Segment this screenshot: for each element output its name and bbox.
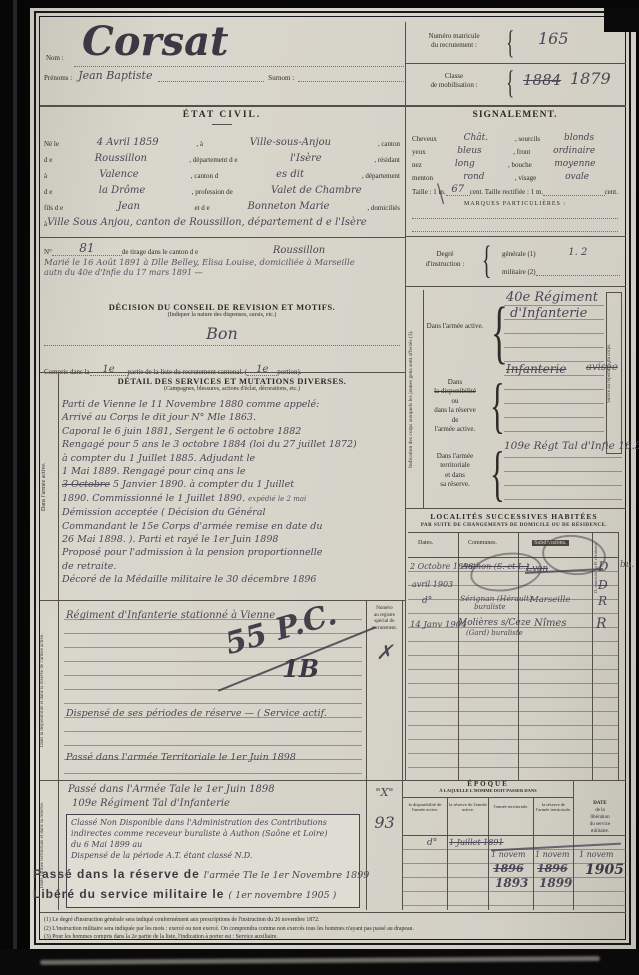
liste-partie: 1e [90,364,128,376]
epoque-v4-mid: 1 novem [535,850,569,859]
service-line: de retraite. [62,560,402,573]
instruction-section: Degré d'instruction : { générale (1) 1. … [412,242,622,284]
prenoms-ruled-line [158,78,264,82]
services-top-rule [40,372,405,373]
active-regiment-line2: d'Infanterie [510,306,587,321]
book-spine-shadow [13,0,17,975]
epoque-col1-head: la disponibilité de l'armée active. [404,802,446,812]
liberation-stamp-hand: ( 1er novembre 1905 ) [228,890,336,901]
bottom-narrow-col-left [366,780,367,910]
marriage-note-2: autn du 40e d'Infie du 17 mars 1891 — [44,268,400,277]
reserve-passage-line: Passé dans l'armée Territoriale le 1er J… [66,752,296,763]
eyes-value: bleus [426,146,514,156]
compris-line: Compris dans la 1e partie de la liste du… [44,362,400,376]
epoque-v1: d° [427,838,437,848]
etat-civil-line-2: d e Roussillon , département d e l'Isère… [44,148,400,164]
chin-value: rond [433,172,515,182]
epoque-col2-head: la réserve de l'armée active. [449,802,487,812]
military-register-sheet: Nom : Corsat Prénoms : Jean Baptiste Sur… [0,0,639,975]
localite-commune-4b: (Gard) buraliste [466,629,523,637]
epoque-v3-old: 1896 [493,862,524,875]
localite-commune-3b: buraliste [474,603,506,611]
localite-subdivision-3: Marseille [530,595,570,605]
localite-dr-4: R [596,616,607,632]
reserve-side-label: Dans la disponibilité et dans la réserve… [40,600,58,780]
annotation-box: Classé Non Disponible dans l'Administrat… [66,814,360,908]
corps-side-strip: Indication des corps auxquels les jeunes… [408,290,422,508]
service-line: à compter du 1 Juillet 1885. Adjudant le [62,452,402,465]
classe-brace: { [506,67,514,100]
height-rectified-blank [543,192,604,196]
birth-canton: Roussillon [52,153,189,164]
reserve-stamp-line: Passé dans la réserve de l'armée Tle le … [33,865,363,883]
struck-date: 3 Octobre [62,479,110,490]
marks-label: MARQUES PARTICULIÈRES : [412,201,618,207]
disponibilite-box: Dans la disponibilité ou dans la réserve… [426,376,604,442]
matricule-block: Numéro matricule du recrutement : { 165 [408,26,626,62]
bottom-narrow-col: "X" 93 [368,786,401,906]
mouth-value: moyenne [532,159,618,169]
localites-col-dates: Dates. [418,540,433,546]
disponibilite-value: Infanterie [506,362,566,376]
repertoire-strip: Suivre au répertoire du corps. [606,292,622,454]
disponibilite-brace: { [490,375,505,437]
father-name: Jean [63,201,194,212]
surnom-label: Surnom : [268,74,294,82]
decision-blank-line [44,345,400,346]
territoriale-brace: { [490,443,505,505]
service-line: Arrivé au Corps le dit jour N° Mle 1863. [62,411,402,424]
active-regiment-line1: 40e Régiment [506,290,598,305]
registre-x-mark: ✗ [368,640,401,664]
services-side-label: Dans l'armée active. [40,373,58,600]
etat-civil-section: ÉTAT CIVIL. Né le 4 Avril 1859 , à Ville… [44,110,400,228]
matricule-brace: { [506,27,514,60]
localite-dr-2: D [598,578,608,592]
marks-blank-2 [412,231,618,232]
services-section: DÉTAIL DES SERVICES ET MUTATIONS DIVERSE… [62,376,402,587]
footnotes-top-rule [40,912,626,913]
prenoms-label: Prénoms : [44,74,72,82]
service-line: Caporal le 6 juin 1881, Sergent le 6 oct… [62,425,402,438]
margin-93: 93 [368,813,401,832]
territoriale-value: 109e Régt Tal d'Infie 16.50 [504,440,639,452]
surname-handwritten: Corsat [82,18,229,65]
repertoire-label: Suivre au répertoire du corps. [607,293,621,453]
liberation-stamp-line: Libéré du service militaire le ( 1er nov… [33,885,363,903]
title-underline [212,124,232,125]
localite-date-3: d° [422,596,432,606]
epoque-v4-old: 1896 [537,862,568,875]
signalement-section: SIGNALEMENT. Cheveux Chât. , sourcils bl… [412,110,618,232]
footnote-1: (1) Le degré d'instruction générale sera… [44,916,624,925]
sig-line-4: menton rond , visage ovale [412,169,618,182]
decision-section: DÉCISION DU CONSEIL DE REVISION ET MOTIF… [44,302,400,376]
territorial-line-1: Passé dans l'Armée Tale le 1er Juin 1898 [68,784,275,795]
face-value: ovale [536,172,618,182]
localites-rows-area: 2 Octobre 1898 Authon (S.-et-L.) Lyon D … [408,558,618,780]
birth-place: Ville-sous-Anjou [203,137,378,148]
reserve-regiment-line: Régiment d'Infanterie stationné à Vienne [66,610,275,621]
epoque-col3-head: l'armée territoriale. [490,804,532,809]
tirage-line: N° 81 de tirage dans le canton d e Rouss… [44,242,400,256]
localites-header-rule [408,532,618,533]
localites-section: LOCALITÉS SUCCESSIVES HABITÉES PAR SUITE… [408,512,620,528]
sig-line-1: Cheveux Chât. , sourcils blonds [412,130,618,143]
eyebrows-value: blonds [540,133,618,143]
service-line: 1 Mai 1889. Rengagé pour cinq ans le [62,465,402,478]
service-line: Rengagé pour 5 ans le 3 octobre 1884 (lo… [62,438,402,451]
epoque-values-area: d° 1 Juillet 1891 1 novem 1896 1893 1 no… [403,836,626,910]
decision-title: DÉCISION DU CONSEIL DE REVISION ET MOTIF… [44,302,400,312]
nose-value: long [422,159,508,169]
header-bottom-rule [40,105,626,107]
instruction-generale-value: 1. 2 [536,247,620,258]
registre-col-line-right [402,600,403,780]
registre-special-label: Numéro au registre spécial du recrutemen… [368,606,401,632]
service-line: Parti de Vienne le 11 Novembre 1880 comm… [62,398,402,411]
corps-side-label: Indication des corps auxquels les jeunes… [408,290,422,508]
firstname-row: Prénoms : Jean Baptiste Surnom : [44,60,404,82]
paper-sheet: Nom : Corsat Prénoms : Jean Baptiste Sur… [30,8,636,949]
box-line-3: du 6 Mai 1899 au [71,840,355,849]
residence-town: Valence [47,169,191,180]
liberation-date-head: DATE de la libération du service militai… [575,800,625,835]
signalement-title: SIGNALEMENT. [412,110,618,120]
services-entries: Parti de Vienne le 11 Novembre 1880 comm… [62,398,402,587]
tirage-canton: Roussillon [198,245,400,256]
etat-civil-line-4: d e la Drôme , profession de Valet de Ch… [44,180,400,196]
matricule-value: 165 [538,29,569,48]
territorial-line-2: 109e Régiment Tal d'Infanterie [72,798,230,809]
territorial-content: Passé dans l'Armée Tale le 1er Juin 1898… [64,784,364,908]
epoque-v5-mid: 1 novem [579,850,613,859]
sig-line-3: nez long , bouche moyenne [412,156,618,169]
instruction-militaire-blank [536,272,620,276]
classe-block: Classe de mobilisation : { 1884 1879 [408,66,626,102]
epoque-v4-new: 1899 [539,876,572,890]
stamped-lines: Passé dans la réserve de l'armée Tle le … [33,865,363,903]
classe-value: 1879 [570,69,611,88]
etat-civil-title: ÉTAT CIVIL. [44,110,400,120]
box-line-2: indirectes comme receveur buraliste à Au… [71,829,355,838]
birth-departement: l'Isère [237,153,374,164]
service-line: Démission acceptée ( Décision du Général [62,506,402,519]
corps-bottom-rule [405,508,626,509]
instruction-militaire-row: militaire (2) [502,264,620,276]
residence-departement: la Drôme [52,185,191,196]
mother-name: Bonneton Marie [210,201,368,212]
forehead-value: ordinaire [530,146,618,156]
territoriale-label: Dans l'armée territoriale et dans sa rés… [426,452,484,490]
epoque-v2: 1 Juillet 1891 [449,838,504,847]
reserve-stamp-hand: l'armée Tle le 1er Novembre 1899 [204,870,370,881]
etat-civil-line-5: fils d e Jean et d e Bonneton Marie , do… [44,196,400,212]
residence-canton: es dit [218,169,362,180]
disponibilite-scribble: avisée [586,362,618,373]
instruction-generale-row: générale (1) 1. 2 [502,246,620,258]
etat-civil-bottom-rule [40,237,405,238]
instruction-brace: { [482,240,492,280]
epoque-title: ÉPOQUE [403,780,573,788]
instruction-bottom-rule [405,286,626,287]
epoque-table: ÉPOQUE À LAQUELLE L'HOMME DOIT PASSER DA… [403,780,626,910]
instruction-label: Degré d'instruction : [412,250,478,270]
margin-x-mark: "X" [368,786,401,799]
registre-col-line-left [366,600,367,780]
localite-date-2: avril 1903 [412,580,453,589]
signalement-bottom-rule [405,236,626,237]
decision-value: Bon [44,324,400,343]
overlay-55pc: 55 P.C. [221,597,340,662]
classe-label: Classe de mobilisation : [408,72,500,90]
reserve-dispense-line: Dispensé de ses périodes de réserve — ( … [66,708,327,719]
service-line: 26 Mai 1898. ). Parti et rayé le 1er Jui… [62,533,402,546]
services-bottom-rule [40,600,405,601]
services-strip-divider [58,373,59,600]
footnotes: (1) Le degré d'instruction générale sera… [44,916,624,942]
main-column-divider [405,105,406,780]
localite-dr-3: R [598,594,607,608]
services-subtitle: (Campagnes, blessures, actions d'éclat, … [62,386,402,392]
service-line-commission: 1890. Commissionné le 1 Juillet 1890. ex… [62,492,402,506]
surnom-ruled-line [298,78,404,82]
localite-subdivision-4: Nîmes [534,618,566,629]
reserve-content: Régiment d'Infanterie stationné à Vienne… [64,606,362,776]
parents-domicile: Ville Sous Anjou, canton de Roussillon, … [47,217,400,228]
liberation-stamp-text: Libéré du service militaire le [33,887,224,901]
corner-shadow [604,8,639,32]
firstnames-handwritten: Jean Baptiste [78,69,152,82]
margin-note: bu. [620,560,634,570]
sig-line-2: yeux bleus , front ordinaire [412,143,618,156]
services-side-strip: Dans l'armée active. [40,373,58,600]
service-line-reengagement: 3 Octobre 5 Janvier 1890. à compter du 1… [62,478,402,491]
tirage-number: 81 [52,241,122,256]
box-line-4: Dispensé de la période A.T. étant classé… [71,851,355,860]
epoque-v3-mid: 1 novem [491,850,525,859]
localite-commune-3: Sérignan (Hérault) [460,594,532,603]
liberation-year: 1905 [585,862,624,878]
localites-subtitle: PAR SUITE DE CHANGEMENTS DE DOMICILE OU … [408,523,620,528]
epoque-v3-new: 1893 [495,876,528,890]
header-divider-horizontal [405,63,626,64]
birth-date: 4 Avril 1859 [59,137,196,148]
hair-value: Chât. [437,133,515,143]
profession: Valet de Chambre [233,185,400,196]
box-line-1: Classé Non Disponible dans l'Administrat… [71,818,355,827]
etat-civil-line-3: à Valence , canton d es dit , départemen… [44,164,400,180]
territoriale-box: Dans l'armée territoriale et dans sa rés… [426,444,604,508]
decision-subtitle: (Indiquer la nature des dispenses, sursi… [44,312,400,318]
classe-old-value: 1884 [523,71,561,89]
matricule-label: Numéro matricule du recrutement : [408,32,500,50]
service-line: Proposé pour l'admission à la pension pr… [62,546,402,559]
footnote-3: (3) Pour les hommes compris dans la 2e p… [44,933,624,942]
service-line: Commandant le 15e Corps d'armée remise e… [62,520,402,533]
localites-col-communes: Communes. [468,540,497,546]
epoque-subtitle: À LAQUELLE L'HOMME DOIT PASSER DANS [403,788,573,793]
services-title: DÉTAIL DES SERVICES ET MUTATIONS DIVERSE… [62,376,402,386]
marks-blank-1 [412,218,618,219]
tirage-section: N° 81 de tirage dans le canton d e Rouss… [44,242,400,277]
reserve-side-strip: Dans la disponibilité et dans la réserve… [40,600,58,780]
localites-col-line-4 [618,532,619,780]
epoque-col4-head: la réserve de l'armée territoriale. [535,802,572,812]
localite-commune-4: Molières s/Cèze [458,618,531,628]
disponibilite-label: Dans la disponibilité ou dans la réserve… [426,378,484,435]
etat-civil-line-6: à Ville Sous Anjou, canton de Roussillon… [44,212,400,228]
margin-annotation: expédié le 2 mai [248,495,306,503]
marriage-note: Marié le 16 Août 1891 à Dlle Belley, Eli… [44,258,400,268]
etat-civil-line-1: Né le 4 Avril 1859 , à Ville-sous-Anjou … [44,132,400,148]
registre-special-col: Numéro au registre spécial du recrutemen… [368,606,401,776]
territoriale-ruled-area: 109e Régt Tal d'Infie 16.50 [504,444,622,506]
armee-active-label: Dans l'armée active. [426,322,484,330]
localites-title: LOCALITÉS SUCCESSIVES HABITÉES [408,512,620,521]
reserve-stamp-text: Passé dans la réserve de [33,867,200,881]
footnote-2: (2) L'instruction militaire sera indiqué… [44,925,624,934]
liste-portion: 1e [247,364,277,376]
reserve-strip-divider [58,600,59,780]
height-value: 67 [446,184,470,196]
corps-strip-divider [423,290,424,508]
disponibilite-ruled-area: Infanterie avisée [504,376,604,440]
service-line-medal: Décoré de la Médaille militaire le 30 dé… [62,573,402,586]
